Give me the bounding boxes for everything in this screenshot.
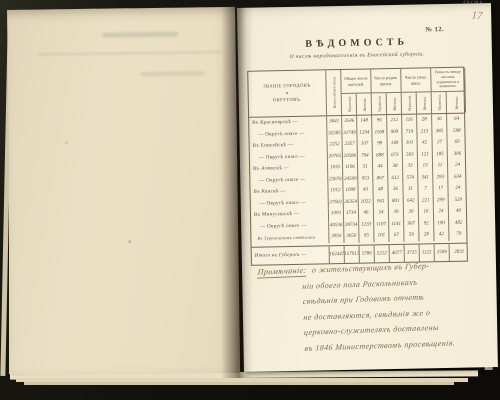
table-cell: 13 <box>418 160 433 172</box>
table-cell: 40 <box>449 206 468 218</box>
table-cell: 28 <box>419 229 434 241</box>
table-cell: 69 <box>448 137 467 149</box>
table-cell: 96 <box>372 115 387 127</box>
table-cell: 306 <box>448 148 467 160</box>
table-cell: 385 <box>432 125 447 137</box>
table-cell: 39734 <box>344 219 359 231</box>
table-cell: 221 <box>419 195 434 207</box>
table-cell: 42 <box>434 229 449 241</box>
table-cell: 46 <box>359 207 374 219</box>
table-cell: 909 <box>387 126 402 138</box>
table-cell: 1294 <box>357 127 372 139</box>
table-cell: 3546 <box>342 116 357 128</box>
group-header-deaths: Число умер- шихъ. <box>401 68 431 93</box>
table-cell: 3393 <box>329 208 344 220</box>
table-cell: 98 <box>373 138 388 150</box>
note-label: Примѣчаніе: <box>257 266 307 279</box>
table-cell: 31 <box>403 184 418 196</box>
table-cell: 95 <box>359 230 374 242</box>
table-cell: 2252 <box>328 139 343 151</box>
table-cell: 3734 <box>344 208 359 220</box>
table-cell: 213 <box>417 126 432 138</box>
page-title: ВѢДОМОСТЬ <box>238 35 476 51</box>
table-cell: 1012 <box>328 185 343 197</box>
table-cell: 101 <box>374 230 389 242</box>
subcolumn-header: Мужеска. <box>342 94 357 115</box>
subcol-label: Мужеска. <box>436 94 441 111</box>
table-cell: 5212 <box>375 245 390 262</box>
table-cell: 39 <box>389 207 404 219</box>
subcol-label: Мужеска. <box>406 95 411 112</box>
table-cell: 11 <box>433 160 448 172</box>
left-page <box>7 7 240 376</box>
table-cell: 598 <box>447 125 466 137</box>
table-cell: 64 <box>447 114 466 126</box>
page-stack-edge-bottom <box>24 382 454 385</box>
corner-header: ЗВАНІЕ ГОРОДОВЪ и ОКРУГОВЪ. <box>248 70 327 116</box>
table-cell: 1022 <box>359 196 374 208</box>
table-cell: 24 <box>448 183 467 195</box>
table-cell: 24 <box>448 160 467 172</box>
subcolumn-header: Женска. <box>387 93 402 114</box>
table-cell: 149 <box>388 138 403 150</box>
subcolumn-header: Мужеска. <box>372 93 387 114</box>
table-cell: 121 <box>418 149 433 161</box>
paper-speck <box>65 141 68 144</box>
table-cell: 673 <box>388 149 403 161</box>
table-cell: 1196 <box>343 162 358 174</box>
group-header-births: Число родив- шихся. <box>371 69 401 94</box>
paper-speck <box>128 240 131 243</box>
table-cell: 42 <box>418 137 433 149</box>
table-cell: 953 <box>358 173 373 185</box>
table-cell: 31749 <box>342 127 357 139</box>
table-cell: 32585 <box>327 128 342 140</box>
table-cell: 2831 <box>450 243 469 260</box>
table-cell: 4677 <box>390 244 405 261</box>
table-cell: 299 <box>434 194 449 206</box>
table-body: Въ Красноярскѣ —364135461489621211628366… <box>249 114 467 265</box>
table-cell: 574 <box>403 172 418 184</box>
table-cell: 1233 <box>359 219 374 231</box>
table-cell: 43 <box>358 184 373 196</box>
table-cell: 634 <box>448 171 467 183</box>
table-cell: 70 <box>449 229 468 241</box>
table-cell: 341 <box>418 172 433 184</box>
group-header-inhabitants: Общее число жителей. <box>341 69 371 94</box>
table-header: ЗВАНІЕ ГОРОДОВЪ и ОКРУГОВЪ. Общее число … <box>248 68 464 118</box>
document-number: № 12. <box>425 26 444 33</box>
table-cell: 40536 <box>329 219 344 231</box>
table-cell: 27602 <box>329 196 344 208</box>
subcolumn-header: Женска. <box>417 92 432 113</box>
table-cell: 26354 <box>344 196 359 208</box>
table-cell: 907 <box>404 218 419 230</box>
subcol-label: Женска. <box>453 95 458 109</box>
table-cell: 3050 <box>344 231 359 243</box>
group-header-difference: Разность между числомъ родившихся и умер… <box>431 68 465 93</box>
population-table: ЗВАНІЕ ГОРОДОВЪ и ОКРУГОВЪ. Общее число … <box>247 67 468 266</box>
subcol-label: Женска. <box>421 96 426 110</box>
table-cell: 688 <box>373 150 388 162</box>
table-cell: 101 <box>403 138 418 150</box>
table-cell: 867 <box>373 173 388 185</box>
table-cell: 28 <box>417 114 432 126</box>
subcol-label: Женска. <box>361 97 366 111</box>
page-subtitle: О числѣ народонаселенія въ Енисейской гу… <box>238 50 476 61</box>
table-cell: 162447 <box>330 245 345 262</box>
table-cell: 48 <box>373 184 388 196</box>
subcolumn-header: Женска. <box>357 93 372 114</box>
table-cell: 148 <box>357 115 372 127</box>
bleed-through-line <box>141 71 205 76</box>
subcol-label: Мужеска. <box>376 96 381 113</box>
table-cell: 3715 <box>405 244 420 261</box>
book-gutter-shadow <box>221 6 253 378</box>
column-header-total-label: Всего обоего пола. <box>331 77 337 109</box>
table-cell: 482 <box>449 217 468 229</box>
table-cell: 92 <box>419 218 434 230</box>
table-cell: 30 <box>404 207 419 219</box>
table-cell: 719 <box>402 126 417 138</box>
table-cell: 5786 <box>360 245 375 262</box>
table-cell: 1122 <box>420 244 435 261</box>
table-cell: 116 <box>402 115 417 127</box>
table-cell: 1168 <box>372 127 387 139</box>
table-cell: 212 <box>387 115 402 127</box>
table-cell: 17 <box>433 183 448 195</box>
table-cell: 520 <box>449 194 468 206</box>
table-cell: 185 <box>433 148 448 160</box>
right-page: листъ 17 № 12. ВѢДОМОСТЬ О числѣ народон… <box>237 3 498 372</box>
table-cell: 642 <box>404 195 419 207</box>
table-cell: 20765 <box>328 150 343 162</box>
table-cell: 54 <box>374 207 389 219</box>
table-cell: 1035 <box>328 162 343 174</box>
table-cell: 1098 <box>343 185 358 197</box>
table-cell: 503 <box>403 149 418 161</box>
column-header-total: Всего обоего пола. <box>326 70 342 115</box>
table-cell: 44 <box>373 161 388 173</box>
subcol-label: Мужеска. <box>346 96 351 113</box>
table-cell: 2357 <box>343 139 358 151</box>
table-cell: 16 <box>419 206 434 218</box>
table-cell: 941 <box>374 196 389 208</box>
table-cell: 3950 <box>329 231 344 243</box>
handwritten-note: Примѣчаніе: о жительствующихъ въ Губер- … <box>257 260 478 361</box>
pencil-folio-annotation: листъ 17 <box>461 0 484 24</box>
row-label: Въ Туруханскомъ отдѣленіи <box>251 231 329 244</box>
table-cell: 25676 <box>328 173 343 185</box>
table-cell: 157913 <box>345 245 360 262</box>
table-cell: 51 <box>358 161 373 173</box>
subcolumn-header: Мужеска. <box>402 93 417 114</box>
table-cell: 33 <box>403 161 418 173</box>
table-cell: 36 <box>388 184 403 196</box>
subcolumn-header: Мужеска. <box>432 92 447 113</box>
pencil-folio-number: 17 <box>471 9 483 22</box>
table-cell: 1509 <box>435 243 450 260</box>
bleed-through-line <box>102 32 178 38</box>
table-cell: 1107 <box>374 219 389 231</box>
table-cell: 20586 <box>343 150 358 162</box>
table-cell: 612 <box>388 172 403 184</box>
table-cell: 24 <box>434 206 449 218</box>
table-cell: 293 <box>433 171 448 183</box>
table-cell: 27 <box>433 137 448 149</box>
table-cell: 190 <box>434 217 449 229</box>
photo-of-ledger: { "right_page": { "pencil_word": "листъ"… <box>0 0 500 400</box>
subcolumn-header: Женска. <box>447 92 466 113</box>
table-cell: 3641 <box>327 116 342 128</box>
table-cell: 107 <box>358 138 373 150</box>
table-cell: 794 <box>358 150 373 162</box>
pencil-word: листъ <box>463 0 484 6</box>
table-cell: 801 <box>389 195 404 207</box>
table-cell: 36 <box>432 114 447 126</box>
table-cell: 24509 <box>343 173 358 185</box>
row-label: Итого въ Губерніи — <box>252 246 330 264</box>
table-cell: 1141 <box>389 218 404 230</box>
table-cell: 38 <box>388 161 403 173</box>
subcol-label: Женска. <box>391 97 396 111</box>
table-cell: 67 <box>389 230 404 242</box>
table-cell: 7 <box>418 183 433 195</box>
table-cell: 59 <box>404 230 419 242</box>
bleed-through-line <box>38 51 222 56</box>
